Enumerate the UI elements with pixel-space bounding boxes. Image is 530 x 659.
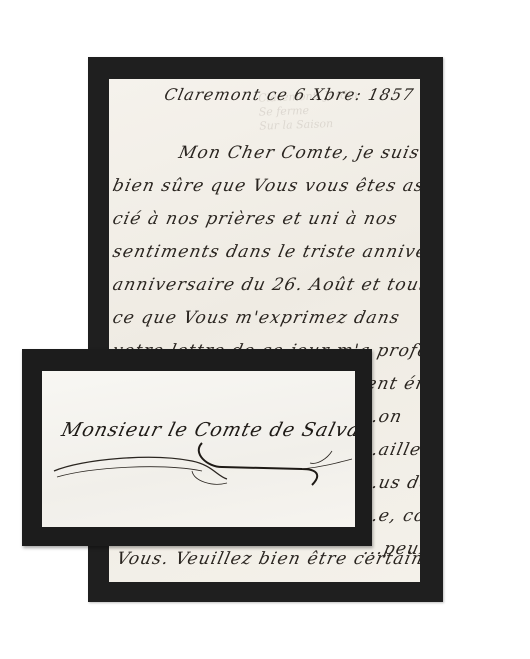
letter-line: anniversaire du 26. Août et tout	[111, 275, 420, 295]
letter-dateline: Claremont ce 6 Xbre: 1857	[111, 85, 416, 104]
signature-flourish-icon	[42, 371, 355, 527]
mourning-envelope: Monsieur le Comte de Salvandy	[22, 349, 372, 546]
letter-line: cié à nos prières et uni à nos	[111, 209, 420, 229]
letter-line: Mon Cher Comte, je suis	[177, 143, 420, 163]
envelope-paper: Monsieur le Comte de Salvandy	[42, 371, 355, 527]
letter-line: ce que Vous m'exprimez dans	[111, 308, 420, 328]
letter-line: sentiments dans le triste anniversaire	[111, 242, 420, 262]
letter-line: bien sûre que Vous vous êtes asso-	[111, 176, 420, 196]
letter-line: Vous. Veuillez bien être certain amie	[115, 549, 420, 569]
